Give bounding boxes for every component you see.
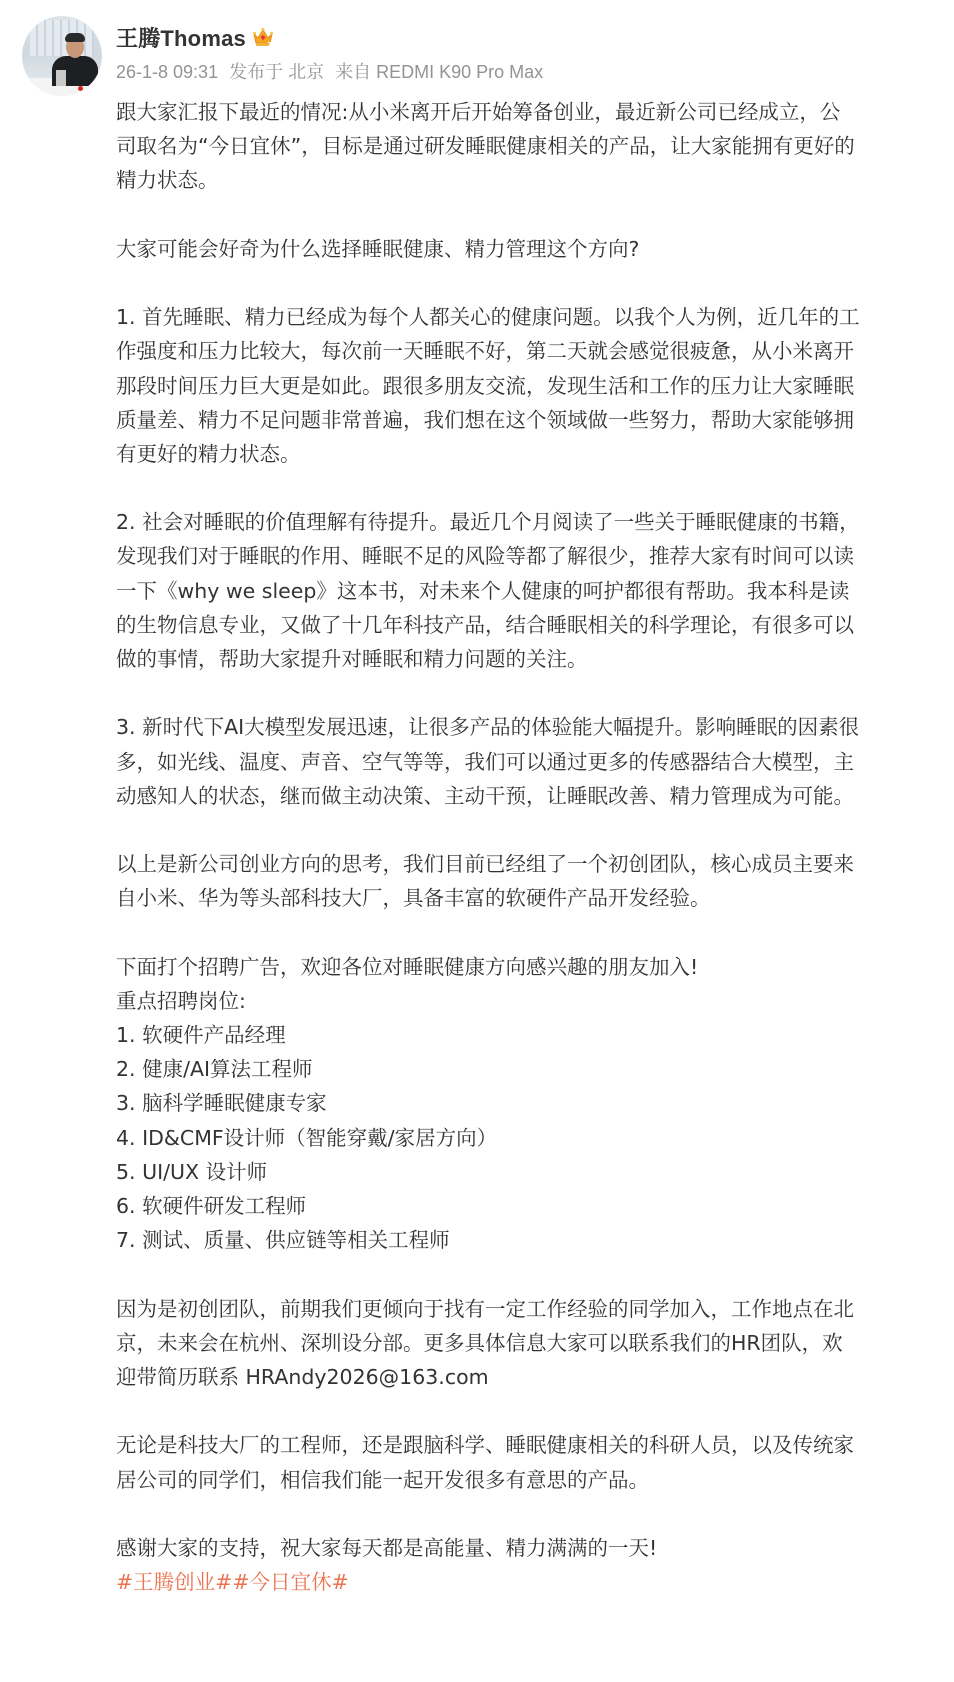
text-line: 居公司的同学们，相信我们能一起开发很多有意思的产品。 bbox=[116, 1463, 942, 1497]
text-line: 迎带简历联系 HRAndy2026@163.com bbox=[116, 1360, 942, 1394]
post-content: 跟大家汇报下最近的情况:从小米离开后开始筹备创业，最近新公司已经成立，公 司取名… bbox=[116, 95, 942, 1599]
avatar-logo-dot bbox=[78, 86, 83, 91]
paragraph-hiring: 下面打个招聘广告，欢迎各位对睡眠健康方向感兴趣的朋友加入! 重点招聘岗位: bbox=[116, 950, 942, 1018]
author-row: 王腾Thomas 7 bbox=[116, 22, 549, 52]
paragraph-spacer bbox=[116, 1257, 942, 1291]
text-line: 1. 首先睡眠、精力已经成为每个人都关心的健康问题。以我个人为例，近几年的工 bbox=[116, 300, 942, 334]
paragraph-spacer bbox=[116, 471, 942, 505]
job-item: 1. 软硬件产品经理 bbox=[116, 1018, 942, 1052]
paragraph-thanks: 感谢大家的支持，祝大家每天都是高能量、精力满满的一天! bbox=[116, 1531, 942, 1565]
text-line: 大家可能会好奇为什么选择睡眠健康、精力管理这个方向? bbox=[116, 232, 942, 266]
author-name[interactable]: 王腾Thomas bbox=[116, 22, 246, 53]
hashtag-wangteng-startup[interactable]: #王腾创业# bbox=[116, 1570, 232, 1594]
paragraph-spacer bbox=[116, 266, 942, 300]
paragraph-invitation: 无论是科技大厂的工程师，还是跟脑科学、睡眠健康相关的科研人员，以及传统家 居公司… bbox=[116, 1428, 942, 1496]
post-location: 发布于 北京 bbox=[229, 62, 324, 82]
text-line: 动感知人的状态，继而做主动决策、主动干预，让睡眠改善、精力管理成为可能。 bbox=[116, 779, 942, 813]
text-line: 无论是科技大厂的工程师，还是跟脑科学、睡眠健康相关的科研人员，以及传统家 bbox=[116, 1428, 942, 1462]
text-line: 以上是新公司创业方向的思考，我们目前已经组了一个初创团队，核心成员主要来 bbox=[116, 847, 942, 881]
text-line: 京，未来会在杭州、深圳设分部。更多具体信息大家可以联系我们的HR团队，欢 bbox=[116, 1326, 942, 1360]
hashtag-jinri-yixiu[interactable]: #今日宜休# bbox=[232, 1570, 348, 1594]
text-line: 的生物信息专业，又做了十几年科技产品，结合睡眠相关的科学理论，有很多可以 bbox=[116, 608, 942, 642]
paragraph-reason-2: 2. 社会对睡眠的价值理解有待提升。最近几个月阅读了一些关于睡眠健康的书籍， 发… bbox=[116, 505, 942, 676]
text-line: 司取名为“今日宜休”，目标是通过研发睡眠健康相关的产品，让大家能拥有更好的 bbox=[116, 129, 942, 163]
crown-badge-icon[interactable]: 7 bbox=[252, 26, 274, 48]
post-device: 来自 REDMI K90 Pro Max bbox=[335, 62, 543, 82]
post-meta: 王腾Thomas 7 26-1-8 09:31 发布于 北京 来自 REDMI … bbox=[116, 16, 549, 84]
paragraph-spacer bbox=[116, 198, 942, 232]
post-timestamp[interactable]: 26-1-8 09:31 bbox=[116, 62, 218, 82]
paragraph-intro: 跟大家汇报下最近的情况:从小米离开后开始筹备创业，最近新公司已经成立，公 司取名… bbox=[116, 95, 942, 198]
svg-text:7: 7 bbox=[267, 42, 271, 48]
avatar-cup bbox=[56, 70, 66, 86]
post-subinfo: 26-1-8 09:31 发布于 北京 来自 REDMI K90 Pro Max bbox=[116, 58, 549, 84]
weibo-post: 王腾Thomas 7 26-1-8 09:31 发布于 北京 来自 REDMI … bbox=[0, 0, 954, 1682]
text-line: 重点招聘岗位: bbox=[116, 984, 942, 1018]
paragraph-spacer bbox=[116, 813, 942, 847]
paragraph-spacer bbox=[116, 676, 942, 710]
text-line: 作强度和压力比较大，每次前一天睡眠不好，第二天就会感觉很疲惫，从小米离开 bbox=[116, 334, 942, 368]
avatar[interactable] bbox=[22, 16, 102, 96]
paragraph-spacer bbox=[116, 916, 942, 950]
hashtag-row: #王腾创业##今日宜休# bbox=[116, 1565, 942, 1599]
paragraph-spacer bbox=[116, 1497, 942, 1531]
paragraph-question: 大家可能会好奇为什么选择睡眠健康、精力管理这个方向? bbox=[116, 232, 942, 266]
text-line: 有更好的精力状态。 bbox=[116, 437, 942, 471]
paragraph-reason-3: 3. 新时代下AI大模型发展迅速，让很多产品的体验能大幅提升。影响睡眠的因素很 … bbox=[116, 710, 942, 813]
avatar-hair bbox=[65, 33, 85, 42]
text-line: 一下《why we sleep》这本书，对未来个人健康的呵护都很有帮助。我本科是… bbox=[116, 574, 942, 608]
paragraph-spacer bbox=[116, 1394, 942, 1428]
post-header: 王腾Thomas 7 26-1-8 09:31 发布于 北京 来自 REDMI … bbox=[22, 16, 549, 96]
job-item: 6. 软硬件研发工程师 bbox=[116, 1189, 942, 1223]
text-line: 做的事情，帮助大家提升对睡眠和精力问题的关注。 bbox=[116, 642, 942, 676]
text-line: 感谢大家的支持，祝大家每天都是高能量、精力满满的一天! bbox=[116, 1531, 942, 1565]
text-line: 精力状态。 bbox=[116, 163, 942, 197]
text-line: 3. 新时代下AI大模型发展迅速，让很多产品的体验能大幅提升。影响睡眠的因素很 bbox=[116, 710, 942, 744]
text-line: 下面打个招聘广告，欢迎各位对睡眠健康方向感兴趣的朋友加入! bbox=[116, 950, 942, 984]
text-line: 多，如光线、温度、声音、空气等等，我们可以通过更多的传感器结合大模型，主 bbox=[116, 745, 942, 779]
text-line: 那段时间压力巨大更是如此。跟很多朋友交流，发现生活和工作的压力让大家睡眠 bbox=[116, 369, 942, 403]
paragraph-team: 以上是新公司创业方向的思考，我们目前已经组了一个初创团队，核心成员主要来 自小米… bbox=[116, 847, 942, 915]
text-line: 发现我们对于睡眠的作用、睡眠不足的风险等都了解很少，推荐大家有时间可以读 bbox=[116, 539, 942, 573]
job-item: 5. UI/UX 设计师 bbox=[116, 1155, 942, 1189]
paragraph-reason-1: 1. 首先睡眠、精力已经成为每个人都关心的健康问题。以我个人为例，近几年的工 作… bbox=[116, 300, 942, 471]
text-line: 因为是初创团队，前期我们更倾向于找有一定工作经验的同学加入，工作地点在北 bbox=[116, 1292, 942, 1326]
job-item: 3. 脑科学睡眠健康专家 bbox=[116, 1086, 942, 1120]
text-line: 自小米、华为等头部科技大厂，具备丰富的软硬件产品开发经验。 bbox=[116, 881, 942, 915]
job-item: 2. 健康/AI算法工程师 bbox=[116, 1052, 942, 1086]
text-line: 跟大家汇报下最近的情况:从小米离开后开始筹备创业，最近新公司已经成立，公 bbox=[116, 95, 942, 129]
job-item: 4. ID&CMF设计师（智能穿戴/家居方向） bbox=[116, 1121, 942, 1155]
job-list: 1. 软硬件产品经理 2. 健康/AI算法工程师 3. 脑科学睡眠健康专家 4.… bbox=[116, 1018, 942, 1257]
text-line: 质量差、精力不足问题非常普遍，我们想在这个领域做一些努力，帮助大家能够拥 bbox=[116, 403, 942, 437]
text-line: 2. 社会对睡眠的价值理解有待提升。最近几个月阅读了一些关于睡眠健康的书籍， bbox=[116, 505, 942, 539]
job-item: 7. 测试、质量、供应链等相关工程师 bbox=[116, 1223, 942, 1257]
paragraph-contact: 因为是初创团队，前期我们更倾向于找有一定工作经验的同学加入，工作地点在北 京，未… bbox=[116, 1292, 942, 1395]
